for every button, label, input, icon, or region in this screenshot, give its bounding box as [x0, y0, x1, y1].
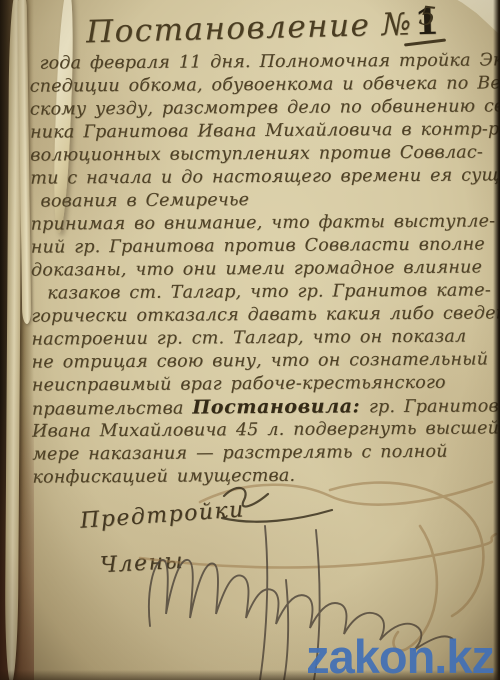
document-photo: Постановление №1 5 года февраля 11 дня. …: [0, 0, 500, 680]
document-title: Постановление №1: [86, 2, 441, 52]
handwritten-line: доказаны, что они имели громадное влияни…: [31, 256, 498, 282]
handwritten-line: волюционных выступлениях против Соввлас-: [30, 141, 497, 167]
line-post: гр. Гранитова: [360, 396, 500, 417]
handwritten-line: настроении гр. ст. Талгар, что он показа…: [31, 325, 498, 351]
handwritten-line: вования в Семиречье: [30, 187, 497, 213]
handwritten-line: принимая во внимание, что факты выступле…: [31, 210, 498, 236]
handwritten-line: горически отказался давать какия либо св…: [31, 302, 498, 328]
handwritten-line: ти с начала и до настоящего времени ея с…: [30, 164, 497, 190]
title-text: Постановление №: [86, 6, 413, 50]
handwritten-line-resolution: правительства Постановила: гр. Гранитова: [32, 394, 499, 420]
handwritten-line: года февраля 11 дня. Полномочная тройка …: [29, 49, 496, 75]
watermark: zakon.kz: [306, 629, 494, 680]
handwritten-line: ника Гранитова Ивана Михайловича в контр…: [30, 118, 497, 144]
handwritten-line: скому уезду, разсмотрев дело по обвинени…: [30, 95, 497, 121]
handwritten-line: неисправимый враг рабоче-крестьянского: [32, 371, 499, 397]
photo-right-edge: [493, 0, 500, 680]
handwritten-line: казаков ст. Талгар, что гр. Гранитов кат…: [31, 279, 498, 305]
handwritten-line: ний гр. Гранитова против Соввласти вполн…: [31, 233, 498, 259]
document-body: года февраля 11 дня. Полномочная тройка …: [29, 49, 499, 489]
handwritten-line: спедиции обкома, обувоенкома и обвчека п…: [30, 72, 497, 98]
resolution-keyword: Постановила:: [192, 395, 360, 418]
line-pre: правительства: [32, 399, 193, 420]
ink-signature: [222, 488, 332, 522]
handwritten-line: не отрицая свою вину, что он сознательны…: [32, 348, 499, 374]
